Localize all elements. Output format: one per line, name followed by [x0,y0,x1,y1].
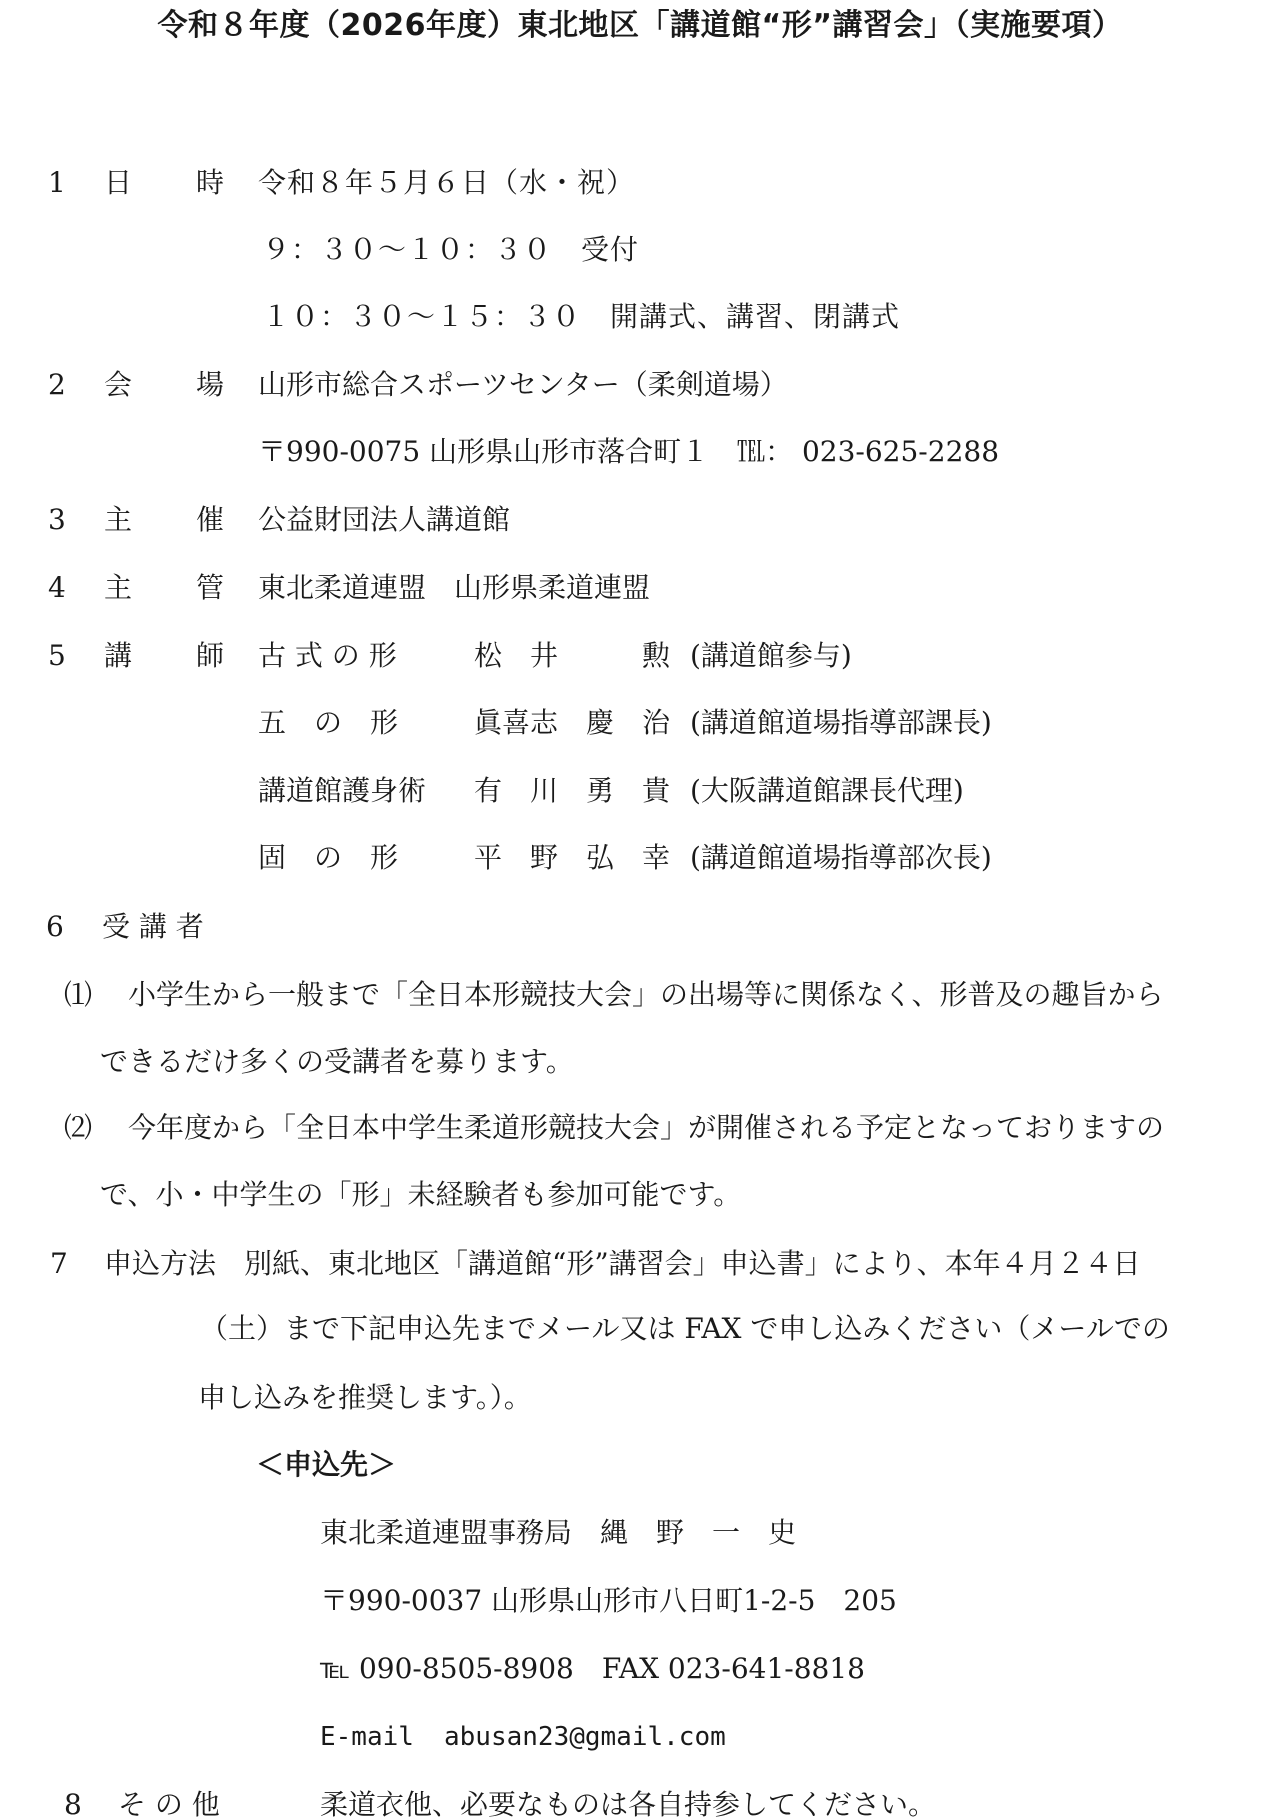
section-label: 受 講 者 [102,910,204,944]
application-text-line: （土）まで下記申込先までメール又は FAX で申し込みください（メールでの [200,1312,1170,1346]
contact-email-link[interactable]: abusan23@gmail.com [444,1720,726,1754]
kata-name: 五 の 形 [258,706,398,740]
section-number: 4 [48,571,66,605]
section-label-char: 主 [104,503,132,537]
reception-time: ９：３０～１０：３０ 受付 [262,233,639,267]
session-time: １０：３０～１５：３０ 開講式、講習、閉講式 [262,300,900,334]
section-label-char: 管 [196,571,224,605]
contact-office: 東北柔道連盟事務局 縄 野 一 史 [320,1516,796,1550]
section-number: 5 [48,639,66,673]
instructor-name: 眞喜志 慶 治 [474,706,670,740]
instructor-name: 松 井 勲 [474,639,670,673]
management-names: 東北柔道連盟 山形県柔道連盟 [258,571,650,605]
venue-name: 山形市総合スポーツセンター（柔剣道場） [258,368,788,402]
note-line: 小学生から一般まで「全日本形競技大会」の出場等に関係なく、形普及の趣旨から [128,978,1163,1012]
contact-heading: ＜申込先＞ [256,1448,396,1482]
section-label-char: 師 [196,639,224,673]
venue-address: 〒990-0075 山形県山形市落合町１ ℡： 023-625-2288 [258,435,999,469]
section-number: 7 [50,1247,68,1281]
instructor-affiliation: (大阪講道館課長代理) [690,774,964,808]
section-label: そ の 他 [118,1788,220,1817]
contact-email-label: E-mail [320,1720,414,1754]
instructor-name: 平 野 弘 幸 [474,841,670,875]
section-label-char: 講 [104,639,132,673]
section-label-char: 会 [104,368,132,402]
section-label-char: 催 [196,503,224,537]
instructor-affiliation: (講道館参与) [690,639,852,673]
event-date: 令和８年５月６日（水・祝） [258,166,635,200]
section-number: 1 [48,166,66,200]
application-text-line: 申し込みを推奨します。）。 [198,1381,532,1415]
application-text-line: 別紙、東北地区「講道館“形”講習会」申込書」により、本年４月２４日 [244,1247,1141,1281]
note-line: できるだけ多くの受講者を募ります。 [100,1045,574,1079]
section-number: 8 [64,1788,82,1817]
section-number: 3 [48,503,66,537]
note-line: 今年度から「全日本中学生柔道形競技大会」が開催される予定となっておりますの [128,1111,1164,1145]
kata-name: 講道館護身術 [258,774,426,808]
other-note: 柔道衣他、必要なものは各自持参してください。 [320,1788,936,1817]
section-number: 2 [48,368,66,402]
instructor-name: 有 川 勇 貴 [474,774,670,808]
list-marker: ⑴ [64,978,92,1012]
kata-name: 古 式 の 形 [258,639,397,673]
section-label-char: 時 [196,166,224,200]
organizer-name: 公益財団法人講道館 [258,503,510,537]
section-label-char: 日 [104,166,132,200]
section-number: 6 [46,910,64,944]
contact-phone-fax: ℡ 090-8505-8908 FAX 023-641-8818 [320,1652,865,1686]
list-marker: ⑵ [64,1111,92,1145]
section-label-char: 場 [196,368,224,402]
instructor-affiliation: (講道館道場指導部次長) [690,841,992,875]
kata-name: 固 の 形 [258,841,398,875]
page-title: 令和８年度（2026年度）東北地区「講道館“形”講習会」（実施要項） [60,6,1220,46]
section-label: 申込方法 [104,1247,216,1281]
instructor-affiliation: (講道館道場指導部課長) [690,706,992,740]
section-label-char: 主 [104,571,132,605]
note-line: で、小・中学生の「形」未経験者も参加可能です。 [100,1178,741,1212]
contact-address: 〒990-0037 山形県山形市八日町1-2-5 205 [320,1584,897,1618]
